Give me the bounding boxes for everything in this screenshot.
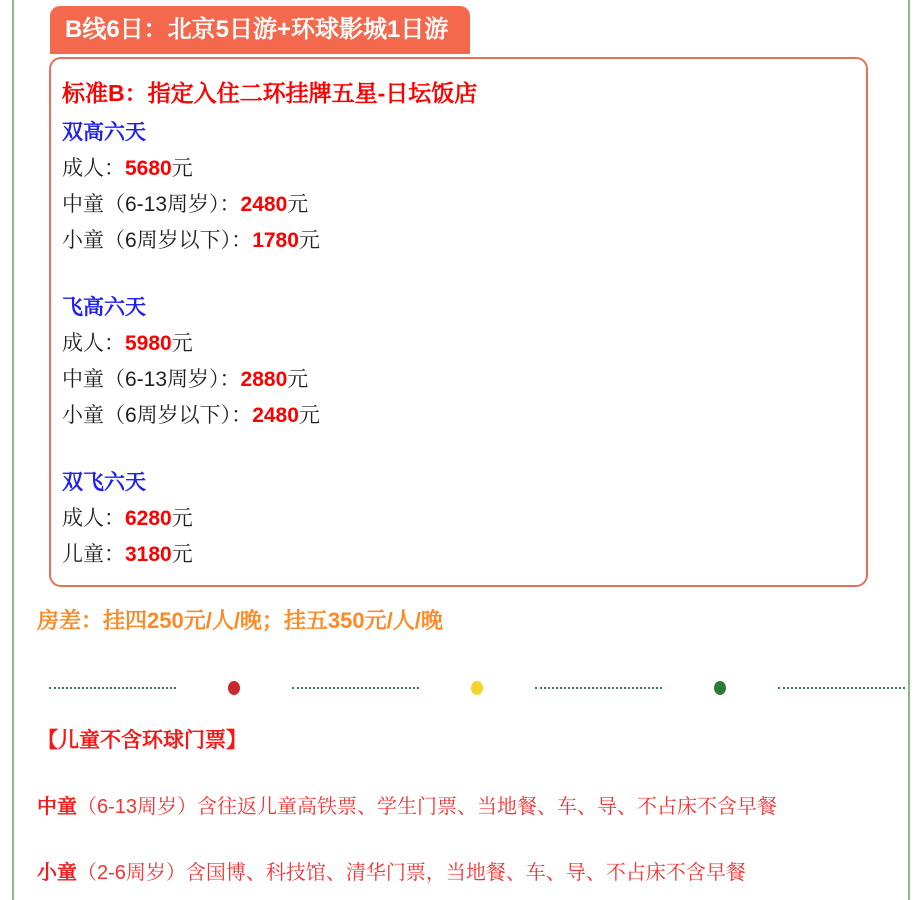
tour-line-banner: B线6日：北京5日游+环球影城1日游 [50,6,470,54]
price-group: 双高六天成人：5680元中童（6-13周岁）：2480元小童（6周岁以下）：17… [62,115,846,259]
price-line-label: 成人： [62,157,125,180]
note-small-child-label: 小童 [37,862,77,884]
section-divider [49,681,905,695]
price-line-label: 儿童： [62,543,125,566]
page-content: B线6日：北京5日游+环球影城1日游 标准B：指定入住二环挂牌五星-日坛饭店 双… [0,0,915,887]
price-line: 中童（6-13周岁）：2480元 [62,187,846,223]
price-group-title: 双飞六天 [62,465,846,501]
note-middle-child: 中童（6-13周岁）含往返儿童高铁票、学生门票、当地餐、车、导、不占床不含早餐 [37,793,915,821]
price-box: 标准B：指定入住二环挂牌五星-日坛饭店 双高六天成人：5680元中童（6-13周… [49,57,868,587]
price-line-label: 中童（6-13周岁）： [62,193,241,216]
dashed-line-segment [292,687,419,689]
price-unit: 元 [299,404,320,427]
price-group: 飞高六天成人：5980元中童（6-13周岁）：2880元小童（6周岁以下）：24… [62,290,846,434]
price-line: 小童（6周岁以下）：1780元 [62,223,846,259]
price-group-title: 双高六天 [62,115,846,151]
price-value: 6280 [125,507,172,530]
price-value: 1780 [252,229,299,252]
price-line: 成人：5980元 [62,326,846,362]
price-unit: 元 [287,193,308,216]
price-unit: 元 [299,229,320,252]
price-group-title: 飞高六天 [62,290,846,326]
note-middle-child-text: （6-13周岁）含往返儿童高铁票、学生门票、当地餐、车、导、不占床不含早餐 [77,796,777,818]
price-line-label: 小童（6周岁以下）： [62,229,252,252]
green-dot-icon [714,681,726,695]
price-unit: 元 [172,507,193,530]
package-title: 标准B：指定入住二环挂牌五星-日坛饭店 [62,75,846,111]
price-value: 2480 [252,404,299,427]
price-group: 双飞六天成人：6280元儿童：3180元 [62,465,846,573]
price-unit: 元 [172,332,193,355]
price-line-label: 成人： [62,507,125,530]
note-children-no-ticket: 【儿童不含环球门票】 [37,727,915,755]
price-line: 成人：5680元 [62,151,846,187]
price-value: 5980 [125,332,172,355]
note-middle-child-label: 中童 [37,796,77,818]
price-line: 成人：6280元 [62,501,846,537]
yellow-dot-icon [471,681,483,695]
price-line-label: 小童（6周岁以下）： [62,404,252,427]
price-line: 中童（6-13周岁）：2880元 [62,362,846,398]
price-unit: 元 [172,543,193,566]
tour-line-banner-title: B线6日：北京5日游+环球影城1日游 [65,16,448,43]
price-value: 2880 [241,368,288,391]
note-small-child: 小童（2-6周岁）含国博、科技馆、清华门票，当地餐、车、导、不占床不含早餐 [37,859,915,887]
note-small-child-text: （2-6周岁）含国博、科技馆、清华门票，当地餐、车、导、不占床不含早餐 [77,862,746,884]
dashed-line-segment [778,687,905,689]
room-difference-note: 房差：挂四250元/人/晚；挂五350元/人/晚 [37,604,915,635]
price-unit: 元 [172,157,193,180]
price-line-label: 中童（6-13周岁）： [62,368,241,391]
price-groups: 双高六天成人：5680元中童（6-13周岁）：2480元小童（6周岁以下）：17… [62,115,846,573]
price-value: 5680 [125,157,172,180]
price-value: 3180 [125,543,172,566]
price-line-label: 成人： [62,332,125,355]
dashed-line-segment [49,687,176,689]
price-line: 小童（6周岁以下）：2480元 [62,398,846,434]
price-unit: 元 [287,368,308,391]
price-line: 儿童：3180元 [62,537,846,573]
dashed-line-segment [535,687,662,689]
red-dot-icon [228,681,240,695]
price-value: 2480 [241,193,288,216]
